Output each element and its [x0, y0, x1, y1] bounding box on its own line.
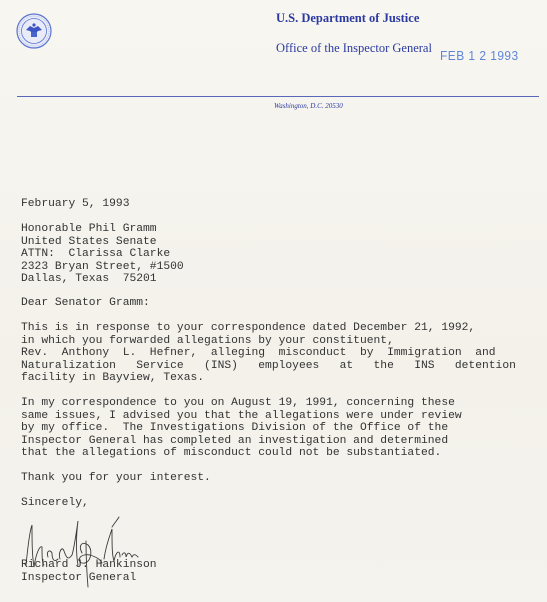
paragraph-line: in which you forwarded allegations by yo…: [21, 335, 394, 348]
paragraph-line: Naturalization Service (INS) employees a…: [21, 360, 516, 373]
paragraph-line: that the allegations of misconduct could…: [21, 447, 441, 460]
salutation: Dear Senator Gramm:: [21, 297, 150, 310]
paragraph-line: In my correspondence to you on August 19…: [21, 397, 455, 410]
received-date-stamp: FEB 1 2 1993: [440, 48, 519, 63]
recipient-line: Honorable Phil Gramm: [21, 223, 157, 236]
recipient-line: 2323 Bryan Street, #1500: [21, 261, 184, 274]
letterhead-divider: [17, 96, 539, 97]
letter-page: U.S. Department of Justice Office of the…: [0, 0, 547, 602]
doj-seal-icon: [16, 13, 52, 49]
paragraph-line: by my office. The Investigations Divisio…: [21, 422, 448, 435]
recipient-line: United States Senate: [21, 236, 157, 249]
paragraph-line: Thank you for your interest.: [21, 472, 211, 485]
paragraph-line: same issues, I advised you that the alle…: [21, 410, 462, 423]
recipient-line: Dallas, Texas 75201: [21, 273, 157, 286]
signer-title: Inspector General: [21, 572, 136, 585]
letterhead-office: Office of the Inspector General: [276, 41, 432, 56]
paragraph-line: facility in Bayview, Texas.: [21, 372, 204, 385]
letterhead-location: Washington, D.C. 20530: [274, 102, 343, 110]
signer-name: Richard J. Hankinson: [21, 559, 157, 572]
letter-date: February 5, 1993: [21, 198, 129, 211]
paragraph-line: Inspector General has completed an inves…: [21, 435, 448, 448]
letterhead-department: U.S. Department of Justice: [276, 11, 419, 26]
closing: Sincerely,: [21, 497, 89, 510]
paragraph-line: Rev. Anthony L. Hefner, alleging miscond…: [21, 347, 496, 360]
paragraph-line: This is in response to your corresponden…: [21, 322, 475, 335]
recipient-line: ATTN: Clarissa Clarke: [21, 248, 170, 261]
